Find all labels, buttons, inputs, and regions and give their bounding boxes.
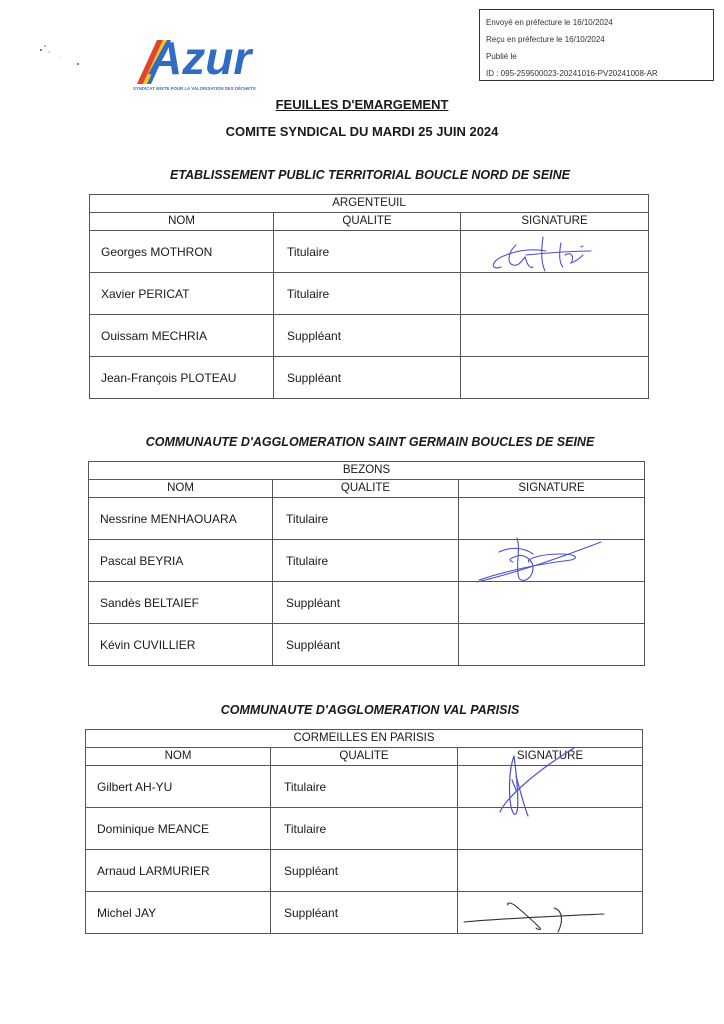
city-header: ARGENTEUIL <box>90 195 649 213</box>
document-title: FEUILLES D'EMARGEMENT <box>0 97 724 112</box>
member-role: Suppléant <box>274 357 461 399</box>
member-name: Nessrine MENHAOUARA <box>89 498 273 540</box>
member-role: Titulaire <box>271 808 458 850</box>
member-name: Xavier PERICAT <box>90 273 274 315</box>
stamp-sent: Envoyé en préfecture le 16/10/2024 <box>486 14 707 31</box>
member-role: Suppléant <box>271 850 458 892</box>
section-title-1: ETABLISSEMENT PUBLIC TERRITORIAL BOUCLE … <box>0 168 724 182</box>
handwritten-signature-icon <box>458 872 643 942</box>
table-row: Ouissam MECHRIA Suppléant <box>90 315 649 357</box>
city-header: CORMEILLES EN PARISIS <box>86 730 643 748</box>
column-header-signature: SIGNATURE <box>459 480 645 498</box>
attendance-table-bezons: BEZONS NOM QUALITE SIGNATURE Nessrine ME… <box>88 461 645 666</box>
member-role: Titulaire <box>274 231 461 273</box>
member-name: Jean-François PLOTEAU <box>90 357 274 399</box>
signature-cell[interactable] <box>459 624 645 666</box>
section-title-3: COMMUNAUTE D'AGGLOMERATION VAL PARISIS <box>0 703 724 717</box>
table-row: Gilbert AH-YU Titulaire <box>86 766 643 808</box>
logo-wordmark: Azur <box>149 32 251 84</box>
signature-cell[interactable] <box>459 540 645 582</box>
scan-specks <box>36 40 86 70</box>
table-row: Jean-François PLOTEAU Suppléant <box>90 357 649 399</box>
member-role: Suppléant <box>271 892 458 934</box>
signature-cell[interactable] <box>461 231 649 273</box>
member-name: Ouissam MECHRIA <box>90 315 274 357</box>
azur-logo: Azur SYNDICAT MIXTE POUR LA VALORISATION… <box>133 36 268 96</box>
signature-cell[interactable] <box>458 808 643 850</box>
member-name: Gilbert AH-YU <box>86 766 271 808</box>
member-role: Titulaire <box>273 540 459 582</box>
member-role: Titulaire <box>271 766 458 808</box>
prefecture-stamp: Envoyé en préfecture le 16/10/2024 Reçu … <box>479 9 714 81</box>
stamp-id: ID : 095-259500023-20241016-PV20241008-A… <box>486 65 707 82</box>
member-role: Suppléant <box>273 624 459 666</box>
stamp-received: Reçu en préfecture le 16/10/2024 <box>486 31 707 48</box>
signature-cell[interactable] <box>461 357 649 399</box>
section-title-2: COMMUNAUTE D'AGGLOMERATION SAINT GERMAIN… <box>0 435 724 449</box>
signature-cell[interactable] <box>458 892 643 934</box>
member-role: Suppléant <box>273 582 459 624</box>
member-role: Suppléant <box>274 315 461 357</box>
table-row: Pascal BEYRIA Titulaire <box>89 540 645 582</box>
document-subtitle: COMITE SYNDICAL DU MARDI 25 JUIN 2024 <box>0 124 724 139</box>
logo-tagline: SYNDICAT MIXTE POUR LA VALORISATION DES … <box>133 86 268 91</box>
city-header: BEZONS <box>89 462 645 480</box>
member-name: Kévin CUVILLIER <box>89 624 273 666</box>
signature-cell[interactable] <box>461 273 649 315</box>
table-row: Georges MOTHRON Titulaire <box>90 231 649 273</box>
member-name: Michel JAY <box>86 892 271 934</box>
signature-cell[interactable] <box>461 315 649 357</box>
member-name: Pascal BEYRIA <box>89 540 273 582</box>
table-row: Dominique MEANCE Titulaire <box>86 808 643 850</box>
member-name: Sandès BELTAIEF <box>89 582 273 624</box>
column-header-qualite: QUALITE <box>271 748 458 766</box>
table-row: Sandès BELTAIEF Suppléant <box>89 582 645 624</box>
table-row: Michel JAY Suppléant <box>86 892 643 934</box>
member-role: Titulaire <box>274 273 461 315</box>
signature-cell[interactable] <box>458 766 643 808</box>
column-header-nom: NOM <box>89 480 273 498</box>
column-header-qualite: QUALITE <box>274 213 461 231</box>
stamp-published: Publié le <box>486 48 707 65</box>
handwritten-signature-icon <box>461 211 649 281</box>
table-row: Xavier PERICAT Titulaire <box>90 273 649 315</box>
member-name: Arnaud LARMURIER <box>86 850 271 892</box>
column-header-nom: NOM <box>86 748 271 766</box>
column-header-qualite: QUALITE <box>273 480 459 498</box>
signature-cell[interactable] <box>459 582 645 624</box>
column-header-nom: NOM <box>90 213 274 231</box>
member-name: Dominique MEANCE <box>86 808 271 850</box>
handwritten-signature-icon <box>459 520 645 590</box>
table-row: Kévin CUVILLIER Suppléant <box>89 624 645 666</box>
member-name: Georges MOTHRON <box>90 231 274 273</box>
member-role: Titulaire <box>273 498 459 540</box>
attendance-table-argenteuil: ARGENTEUIL NOM QUALITE SIGNATURE Georges… <box>89 194 649 399</box>
attendance-table-cormeilles: CORMEILLES EN PARISIS NOM QUALITE SIGNAT… <box>85 729 643 934</box>
